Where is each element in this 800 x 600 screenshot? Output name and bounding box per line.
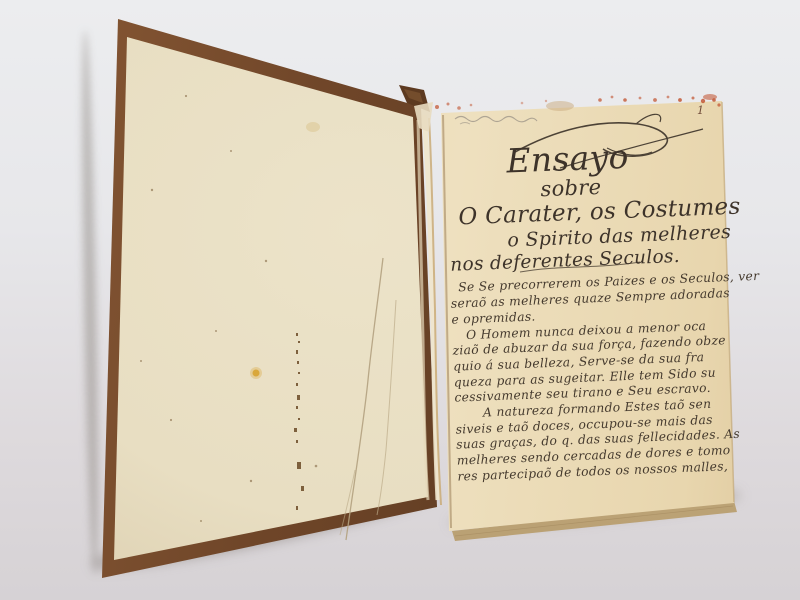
manuscript-title-line: sobre — [540, 175, 602, 201]
yellow-stain — [253, 370, 260, 377]
scattered-specks — [140, 95, 317, 522]
manuscript-body-line: e opremidas. — [451, 309, 536, 326]
photo-of-open-manuscript-book: Ensayo sobre O Carater, os Costumes o Sp… — [0, 0, 800, 600]
pastedown-crack-2 — [377, 300, 396, 515]
pastedown-crack — [346, 258, 383, 540]
page-number: 1 — [697, 104, 704, 117]
faint-stain — [306, 122, 320, 132]
manuscript-title-line: Ensayo — [506, 137, 630, 181]
manuscript-title-line: nos deferentes Seculos. — [450, 246, 680, 276]
worm-hole-trail — [294, 333, 304, 510]
manuscript-text-block: Ensayo sobre O Carater, os Costumes o Sp… — [440, 89, 749, 540]
